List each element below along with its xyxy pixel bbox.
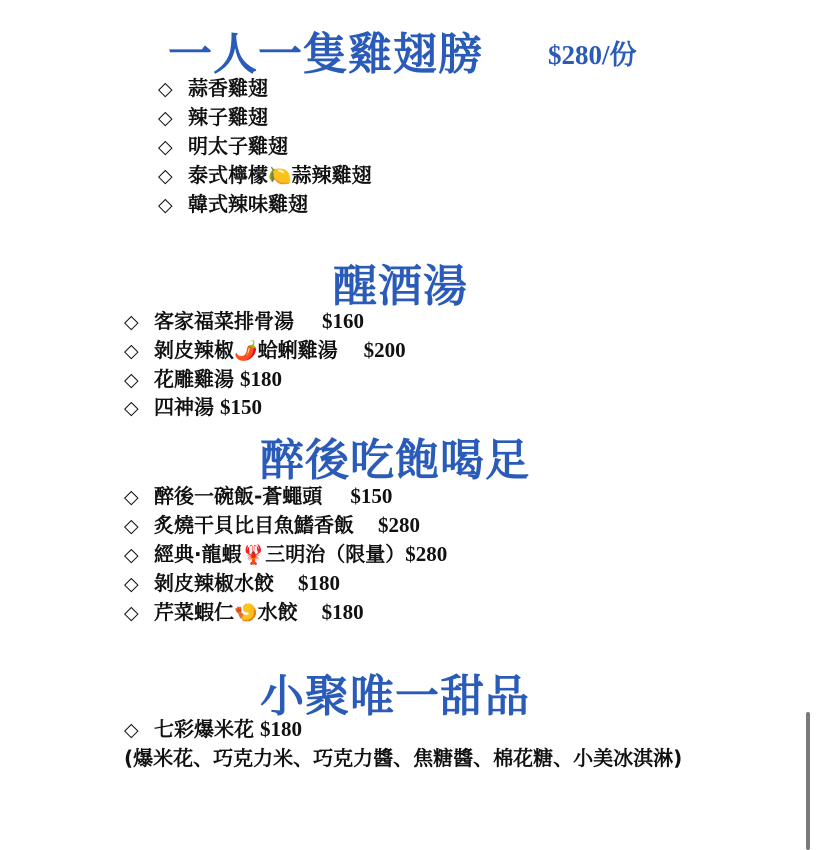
list-item: ◇蒜香雞翅 [158, 74, 268, 104]
item-price: $180 [322, 600, 364, 624]
item-price: $160 [322, 309, 364, 333]
item-name: 辣子雞翅 [188, 105, 268, 129]
diamond-bullet-icon: ◇ [124, 599, 154, 628]
list-item: ◇炙燒干貝比目魚鰭香飯$280 [124, 511, 420, 541]
item-name: 七彩爆米花 [154, 717, 254, 741]
item-price: $150 [220, 395, 262, 419]
item-name: 花雕雞湯 [154, 367, 234, 391]
list-item: ◇剝皮辣椒🌶️蛤蜊雞湯$200 [124, 336, 406, 366]
item-name: 四神湯 [154, 395, 214, 419]
item-name: 經典·龍蝦 [154, 542, 242, 566]
lemon-icon: 🍋 [268, 165, 292, 187]
list-item: ◇經典·龍蝦🦞三明治（限量）$280 [124, 540, 447, 570]
list-item: ◇醉後一碗飯-蒼蠅頭$150 [124, 482, 392, 512]
section-title-after-drinks: 醉後吃飽喝足 [260, 424, 530, 488]
section-price-chicken-wings: $280/份 [548, 33, 637, 72]
diamond-bullet-icon: ◇ [124, 570, 154, 599]
list-item: ◇客家福菜排骨湯$160 [124, 307, 364, 337]
item-name: 三明治（限量） [265, 542, 405, 566]
list-item: ◇七彩爆米花$180 [124, 715, 302, 745]
item-name: 芹菜蝦仁 [154, 600, 234, 624]
shrimp-icon: 🍤 [234, 602, 258, 624]
list-item: ◇泰式檸檬🍋蒜辣雞翅 [158, 161, 372, 191]
item-price: $280 [378, 513, 420, 537]
list-item: ◇花雕雞湯$180 [124, 365, 282, 395]
list-item: ◇剝皮辣椒水餃$180 [124, 569, 340, 599]
item-name: 剝皮辣椒水餃 [154, 571, 274, 595]
diamond-bullet-icon: ◇ [124, 512, 154, 541]
diamond-bullet-icon: ◇ [158, 104, 188, 133]
item-price: $180 [298, 571, 340, 595]
diamond-bullet-icon: ◇ [158, 75, 188, 104]
diamond-bullet-icon: ◇ [158, 162, 188, 191]
item-name: 蛤蜊雞湯 [258, 338, 338, 362]
item-name: 蒜香雞翅 [188, 76, 268, 100]
item-name: 水餃 [258, 600, 298, 624]
diamond-bullet-icon: ◇ [124, 308, 154, 337]
item-price: $180 [240, 367, 282, 391]
item-name: 明太子雞翅 [188, 134, 288, 158]
item-price: $150 [350, 484, 392, 508]
diamond-bullet-icon: ◇ [158, 133, 188, 162]
vertical-scrollbar[interactable] [806, 712, 810, 850]
diamond-bullet-icon: ◇ [124, 716, 154, 745]
chili-pepper-icon: 🌶️ [234, 340, 258, 362]
item-name: 蒜辣雞翅 [292, 163, 372, 187]
section-title-hangover-soup: 醒酒湯 [333, 250, 468, 314]
item-description: (爆米花、巧克力米、巧克力醬、焦糖醬、棉花糖、小美冰淇淋) [124, 743, 684, 773]
list-item: ◇四神湯$150 [124, 393, 262, 423]
item-name: 醉後一碗飯-蒼蠅頭 [154, 484, 322, 508]
list-item: ◇辣子雞翅 [158, 103, 268, 133]
diamond-bullet-icon: ◇ [124, 541, 154, 570]
diamond-bullet-icon: ◇ [124, 483, 154, 512]
item-price: $280 [405, 542, 447, 566]
list-item: ◇明太子雞翅 [158, 132, 288, 162]
item-price: $180 [260, 717, 302, 741]
item-name: 客家福菜排骨湯 [154, 309, 294, 333]
section-title-chicken-wings: 一人一隻雞翅膀 [168, 18, 483, 82]
item-name: 炙燒干貝比目魚鰭香飯 [154, 513, 354, 537]
item-price: $200 [364, 338, 406, 362]
item-name: 剝皮辣椒 [154, 338, 234, 362]
lobster-icon: 🦞 [242, 544, 266, 566]
list-item: ◇芹菜蝦仁🍤水餃$180 [124, 598, 364, 628]
diamond-bullet-icon: ◇ [124, 394, 154, 423]
diamond-bullet-icon: ◇ [124, 366, 154, 395]
diamond-bullet-icon: ◇ [124, 337, 154, 366]
item-name: 韓式辣味雞翅 [188, 192, 308, 216]
diamond-bullet-icon: ◇ [158, 191, 188, 220]
list-item: ◇韓式辣味雞翅 [158, 190, 308, 220]
item-name: 泰式檸檬 [188, 163, 268, 187]
